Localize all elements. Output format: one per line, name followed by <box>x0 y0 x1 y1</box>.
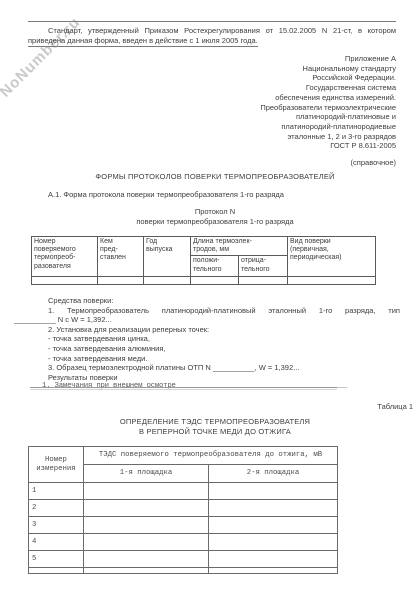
table-1-title-line-2: В РЕПЕРНОЙ ТОЧКЕ МЕДИ ДО ОТЖИГА <box>28 427 402 437</box>
means-title: Средства поверки: <box>28 296 400 306</box>
col-header-negative: отрица- тельного <box>239 256 288 277</box>
truncated-row <box>29 568 338 574</box>
table-1-title: ОПРЕДЕЛЕНИЕ ТЭДС ТЕРМОПРЕОБРАЗОВАТЕЛЯ В … <box>28 417 402 436</box>
entry-cell <box>84 483 209 500</box>
protocol-heading-line-1: Протокол N <box>28 207 402 217</box>
col-header-positive: положи- тельного <box>191 256 239 277</box>
site-watermark: NoNumber.ru <box>0 0 110 127</box>
empty-entry-row <box>32 277 376 285</box>
appendix-line: Приложение А <box>260 54 396 64</box>
document-title: ФОРМЫ ПРОТОКОЛОВ ПОВЕРКИ ТЕРМОПРЕОБРАЗОВ… <box>28 172 402 181</box>
col-header-electrode-length: Длина термоэлек- тродов, мм <box>191 237 288 256</box>
means-item-1: 1. Термопреобразователь платинородий-пла… <box>28 306 400 316</box>
gost-number: ГОСТ Р 8.611-2005 <box>260 141 396 151</box>
means-item-3: 3. Образец термоэлектродной платины ОТП … <box>28 363 400 373</box>
measurement-number-cell: 4 <box>29 534 84 551</box>
entry-cell <box>84 551 209 568</box>
entry-cell <box>98 277 144 285</box>
fixed-point-zinc: - точка затвердевания цинка, <box>28 334 400 344</box>
protocol-heading: Протокол N поверки термопреобразователя … <box>28 207 402 226</box>
entry-cell <box>32 277 98 285</box>
col-header-site-2: 2-я площадка <box>209 465 338 483</box>
section-a1-heading: А.1. Форма протокола поверки термопреобр… <box>48 190 284 199</box>
col-header-site-1: 1-я площадка <box>84 465 209 483</box>
verification-means-list: Средства поверки: 1. Термопреобразовател… <box>28 296 400 392</box>
appendix-line: Государственная система <box>260 83 396 93</box>
appendix-header-block: Приложение А Национальному стандарту Рос… <box>260 54 396 151</box>
table-1-caption: Таблица 1 <box>377 402 413 411</box>
standard-intro-note: Стандарт, утвержденный Приказом Ростехре… <box>28 21 396 45</box>
entry-cell <box>191 277 239 285</box>
results-heading: Результаты поверки <box>28 373 400 383</box>
verification-info-table: Номер поверяемого термопреоб- разователя… <box>31 236 376 285</box>
col-header-measurement-number: Номер измерения <box>29 447 84 483</box>
col-header-presented-by: Кем пред- ставлен <box>98 237 144 277</box>
entry-cell <box>144 277 191 285</box>
entry-cell <box>209 568 338 574</box>
measurement-number-cell: 1 <box>29 483 84 500</box>
entry-cell <box>209 500 338 517</box>
measurement-row: 1 <box>29 483 338 500</box>
measurement-row: 3 <box>29 517 338 534</box>
appendix-line: Национальному стандарту <box>260 64 396 74</box>
fixed-point-copper: - точка затвердевания меди. <box>28 354 400 364</box>
standard-note-line-2: приведена данная форма, введен в действи… <box>28 36 396 46</box>
entry-cell <box>84 517 209 534</box>
protocol-heading-line-2: поверки термопреобразователя 1-го разряд… <box>28 217 402 227</box>
reference-note: (справочное) <box>351 158 396 167</box>
section-divider-rule <box>30 387 337 390</box>
appendix-line: Российской Федерации. <box>260 73 396 83</box>
measurement-row: 2 <box>29 500 338 517</box>
measurement-row: 5 <box>29 551 338 568</box>
standard-note-line-1: Стандарт, утвержденный Приказом Ростехре… <box>28 26 396 36</box>
appendix-line: обеспечения единства измерений. <box>260 93 396 103</box>
means-item-1-continuation: __________ N с W = 1,392... <box>14 315 400 325</box>
entry-cell <box>209 517 338 534</box>
appendix-line: платинородий-платиновые и <box>260 112 396 122</box>
measurement-number-cell: 3 <box>29 517 84 534</box>
measurement-number-cell: 2 <box>29 500 84 517</box>
col-header-device-number: Номер поверяемого термопреоб- разователя <box>32 237 98 277</box>
document-page: NoNumber.ru Стандарт, утвержденный Прика… <box>0 0 420 600</box>
appendix-line: эталонные 1, 2 и 3-го разрядов <box>260 132 396 142</box>
col-header-verification-kind: Вид поверки (первичная, периодическая) <box>288 237 376 277</box>
entry-cell <box>209 483 338 500</box>
col-header-year: Год выпуска <box>144 237 191 277</box>
entry-cell <box>84 534 209 551</box>
emf-measurement-table: Номер измерения ТЭДС поверяемого термопр… <box>28 446 338 574</box>
fixed-point-aluminium: - точка затвердевания алюминия, <box>28 344 400 354</box>
entry-cell <box>239 277 288 285</box>
measurement-row: 4 <box>29 534 338 551</box>
entry-cell <box>84 568 209 574</box>
entry-cell <box>209 534 338 551</box>
measurement-number-cell: 5 <box>29 551 84 568</box>
appendix-line: платинородий-платинородиевые <box>260 122 396 132</box>
entry-cell <box>29 568 84 574</box>
col-header-emf-before-annealing: ТЭДС поверяемого термопреобразователя до… <box>84 447 338 465</box>
entry-cell <box>84 500 209 517</box>
table-1-title-line-1: ОПРЕДЕЛЕНИЕ ТЭДС ТЕРМОПРЕОБРАЗОВАТЕЛЯ <box>28 417 402 427</box>
entry-cell <box>288 277 376 285</box>
appendix-line: Преобразователи термоэлектрические <box>260 103 396 113</box>
means-item-2: 2. Установка для реализации реперных точ… <box>28 325 400 335</box>
entry-cell <box>209 551 338 568</box>
